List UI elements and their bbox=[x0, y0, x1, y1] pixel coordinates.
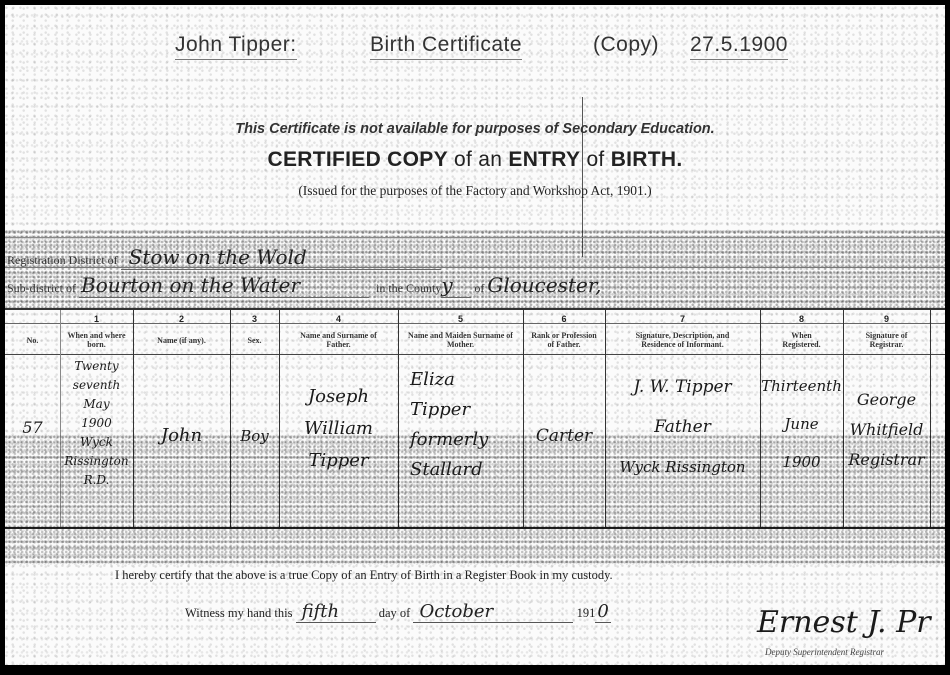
father-line: Joseph bbox=[279, 381, 398, 413]
mother-line: formerly bbox=[410, 425, 523, 455]
witness-line: Witness my hand this fifth day of Octobe… bbox=[185, 601, 611, 623]
col-header-name: Name (if any). bbox=[133, 327, 230, 353]
subdistrict-label: Sub-district of bbox=[7, 281, 76, 295]
witness-day: fifth bbox=[296, 601, 376, 623]
table-top-rule bbox=[5, 308, 945, 310]
when-line: seventh bbox=[60, 376, 133, 395]
col-header-sex: Sex. bbox=[230, 327, 279, 353]
year-suffix: 0 bbox=[595, 601, 610, 623]
informant-line: Wyck Rissington bbox=[605, 447, 760, 487]
col-header-mother: Name and Maiden Surname of Mother. bbox=[398, 327, 523, 353]
annotation-copy: (Copy) bbox=[593, 33, 659, 59]
annotation-doc: Birth Certificate bbox=[370, 33, 522, 60]
table-header-rule bbox=[5, 354, 945, 355]
sub-district: Sub-district of Bourton on the Water in … bbox=[7, 273, 687, 298]
entry-registered: Thirteenth June 1900 bbox=[760, 367, 843, 481]
col-number: 3 bbox=[230, 314, 279, 324]
witness-label: Witness my hand this bbox=[185, 606, 292, 620]
col-header-informant: Signature, Description, and Residence of… bbox=[605, 327, 760, 353]
col-header-father: Name and Surname of Father. bbox=[279, 327, 398, 353]
where-line: R.D. bbox=[60, 471, 133, 490]
year-prefix: 191 bbox=[577, 606, 596, 620]
annotation-name: John Tipper: bbox=[175, 33, 297, 60]
col-number: 4 bbox=[279, 314, 398, 324]
heading-birth: BIRTH. bbox=[611, 148, 683, 171]
entry-child-name: John bbox=[133, 423, 230, 449]
father-line: William bbox=[279, 413, 398, 445]
certificate-page: John Tipper: Birth Certificate (Copy) 27… bbox=[5, 5, 945, 665]
col-header-registered: When Registered. bbox=[760, 327, 843, 353]
signature-title: Deputy Superintendent Registrar bbox=[765, 647, 884, 657]
county-suffix: y bbox=[441, 273, 471, 298]
informant-line: Father bbox=[605, 407, 760, 447]
col-number: 1 bbox=[60, 314, 133, 324]
certificate-subheading: (Issued for the purposes of the Factory … bbox=[5, 183, 945, 199]
col-divider bbox=[930, 310, 931, 527]
county-label: in the County bbox=[376, 281, 441, 295]
entry-when-where-born: Twenty seventh May 1900 Wyck Rissington … bbox=[60, 357, 133, 490]
registrar-line: Whitfield bbox=[843, 415, 930, 445]
col-header-when-where-born: When and where born. bbox=[60, 327, 133, 353]
heading-of-an: of an bbox=[454, 148, 502, 171]
handwritten-annotation: John Tipper: Birth Certificate (Copy) 27… bbox=[165, 33, 825, 63]
county-of: of bbox=[474, 281, 484, 295]
scan-speckle bbox=[5, 230, 945, 310]
subdistrict-value: Bourton on the Water bbox=[79, 273, 369, 298]
registered-line: 1900 bbox=[760, 443, 843, 481]
certification-statement: I hereby certify that the above is a tru… bbox=[115, 568, 613, 583]
mother-line: Tipper bbox=[410, 395, 523, 425]
entry-registrar: George Whitfield Registrar bbox=[843, 385, 930, 475]
registrar-line: Registrar bbox=[843, 445, 930, 475]
certificate-heading: CERTIFIED COPY of an ENTRY of BIRTH. bbox=[5, 148, 945, 172]
where-line: Rissington bbox=[60, 452, 133, 471]
col-number: 7 bbox=[605, 314, 760, 324]
mother-line: Stallard bbox=[410, 455, 523, 485]
col-number: 6 bbox=[523, 314, 605, 324]
annotation-date: 27.5.1900 bbox=[690, 33, 788, 60]
entry-number: 57 bbox=[5, 415, 60, 441]
registrar-line: George bbox=[843, 385, 930, 415]
heading-certified-copy: CERTIFIED COPY bbox=[268, 148, 448, 171]
col-number: 9 bbox=[843, 314, 930, 324]
col-header-no: No. bbox=[5, 327, 60, 353]
entry-mother: Eliza Tipper formerly Stallard bbox=[398, 365, 523, 485]
entry-sex: Boy bbox=[230, 423, 279, 449]
table-bottom-rule bbox=[5, 527, 945, 529]
day-of-label: day of bbox=[379, 606, 411, 620]
col-number: 8 bbox=[760, 314, 843, 324]
informant-line: J. W. Tipper bbox=[605, 367, 760, 407]
mother-line: Eliza bbox=[410, 365, 523, 395]
col-header-profession: Rank or Profession of Father. bbox=[523, 327, 605, 353]
divider bbox=[5, 267, 945, 268]
witness-month: October bbox=[413, 601, 573, 623]
entry-profession: Carter bbox=[523, 423, 605, 449]
when-line: Twenty bbox=[60, 357, 133, 376]
heading-of: of bbox=[586, 148, 604, 171]
entry-informant: J. W. Tipper Father Wyck Rissington bbox=[605, 367, 760, 487]
divider bbox=[5, 237, 945, 238]
heading-entry: ENTRY bbox=[508, 148, 580, 171]
where-line: Wyck bbox=[60, 433, 133, 452]
registered-line: June bbox=[760, 405, 843, 443]
when-line: 1900 bbox=[60, 414, 133, 433]
registered-line: Thirteenth bbox=[760, 367, 843, 405]
col-header-registrar: Signature of Registrar. bbox=[843, 327, 930, 353]
father-line: Tipper bbox=[279, 445, 398, 477]
county-value: Gloucester, bbox=[487, 273, 687, 297]
superintendent-signature: Ernest J. Pr bbox=[757, 605, 931, 640]
education-notice: This Certificate is not available for pu… bbox=[5, 121, 945, 137]
entry-father: Joseph William Tipper bbox=[279, 381, 398, 477]
district-label: Registration District of bbox=[7, 253, 118, 267]
col-number: 2 bbox=[133, 314, 230, 324]
col-number: 5 bbox=[398, 314, 523, 324]
when-line: May bbox=[60, 395, 133, 414]
